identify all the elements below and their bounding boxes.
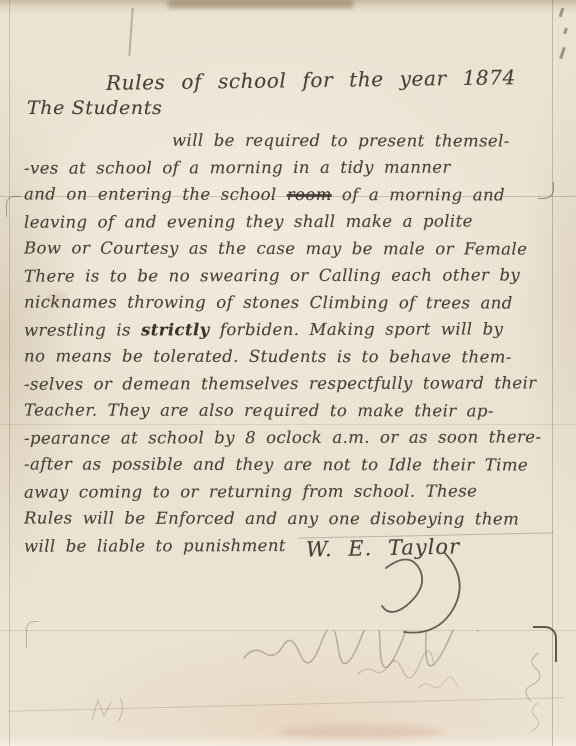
body-line: There is to be no swearing or Calling ea… bbox=[24, 261, 558, 289]
body-line: Bow or Courtesy as the case may be male … bbox=[24, 234, 558, 262]
signature-flourish bbox=[352, 548, 482, 648]
document-title: Rules of school for the year 1874 bbox=[106, 65, 516, 95]
body-line: -pearance at school by 8 oclock a.m. or … bbox=[24, 423, 558, 451]
crossed-out-word: room bbox=[287, 185, 332, 204]
pencil-mark bbox=[563, 28, 568, 35]
vertical-fold-line-left bbox=[9, 0, 10, 746]
body-line-with-overwritten-word: wrestling is strictly forbiden. Making s… bbox=[24, 315, 558, 343]
body-line-segment: of a morning and bbox=[332, 185, 505, 204]
body-line-segment: wrestling is bbox=[24, 320, 141, 339]
pencil-mark bbox=[559, 47, 566, 59]
pencil-scribbles-left bbox=[86, 690, 136, 730]
top-edge-smudge bbox=[168, 0, 353, 8]
body-line: away coming to or returning from school.… bbox=[24, 477, 558, 505]
body-line: Rules will be Enforced and any one disob… bbox=[24, 504, 558, 532]
scanned-letter-page: Rules of school for the year 1874 The St… bbox=[0, 0, 576, 746]
body-line: leaving of and evening they shall make a… bbox=[24, 207, 558, 235]
pencil-mark bbox=[559, 8, 565, 17]
body-line: -after as possible and they are not to I… bbox=[24, 450, 558, 478]
fold-corner-mark bbox=[6, 196, 21, 217]
body-line-segment: forbiden. Making sport will by bbox=[210, 319, 504, 339]
paper-stain bbox=[278, 725, 443, 739]
pencil-mark bbox=[128, 8, 133, 56]
body-line-with-crossed-out-word: and on entering the school room of a mor… bbox=[24, 180, 558, 208]
overwritten-word: strictly bbox=[141, 320, 210, 339]
body-line-segment: and on entering the school bbox=[24, 184, 287, 204]
body-line: nicknames throwing of stones Climbing of… bbox=[24, 288, 558, 316]
body-line: will be required to present themsel- bbox=[24, 126, 558, 154]
letter-body: will be required to present themsel- -ve… bbox=[24, 127, 558, 559]
body-line: no means be tolerated. Students is to be… bbox=[24, 342, 558, 370]
salutation: The Students bbox=[27, 97, 162, 119]
body-line: -ves at school of a morning in a tidy ma… bbox=[24, 153, 558, 181]
body-line: -selves or demean themselves respectfull… bbox=[24, 369, 558, 397]
body-line: Teacher. They are also required to make … bbox=[24, 396, 558, 424]
fold-corner-mark bbox=[26, 621, 39, 648]
